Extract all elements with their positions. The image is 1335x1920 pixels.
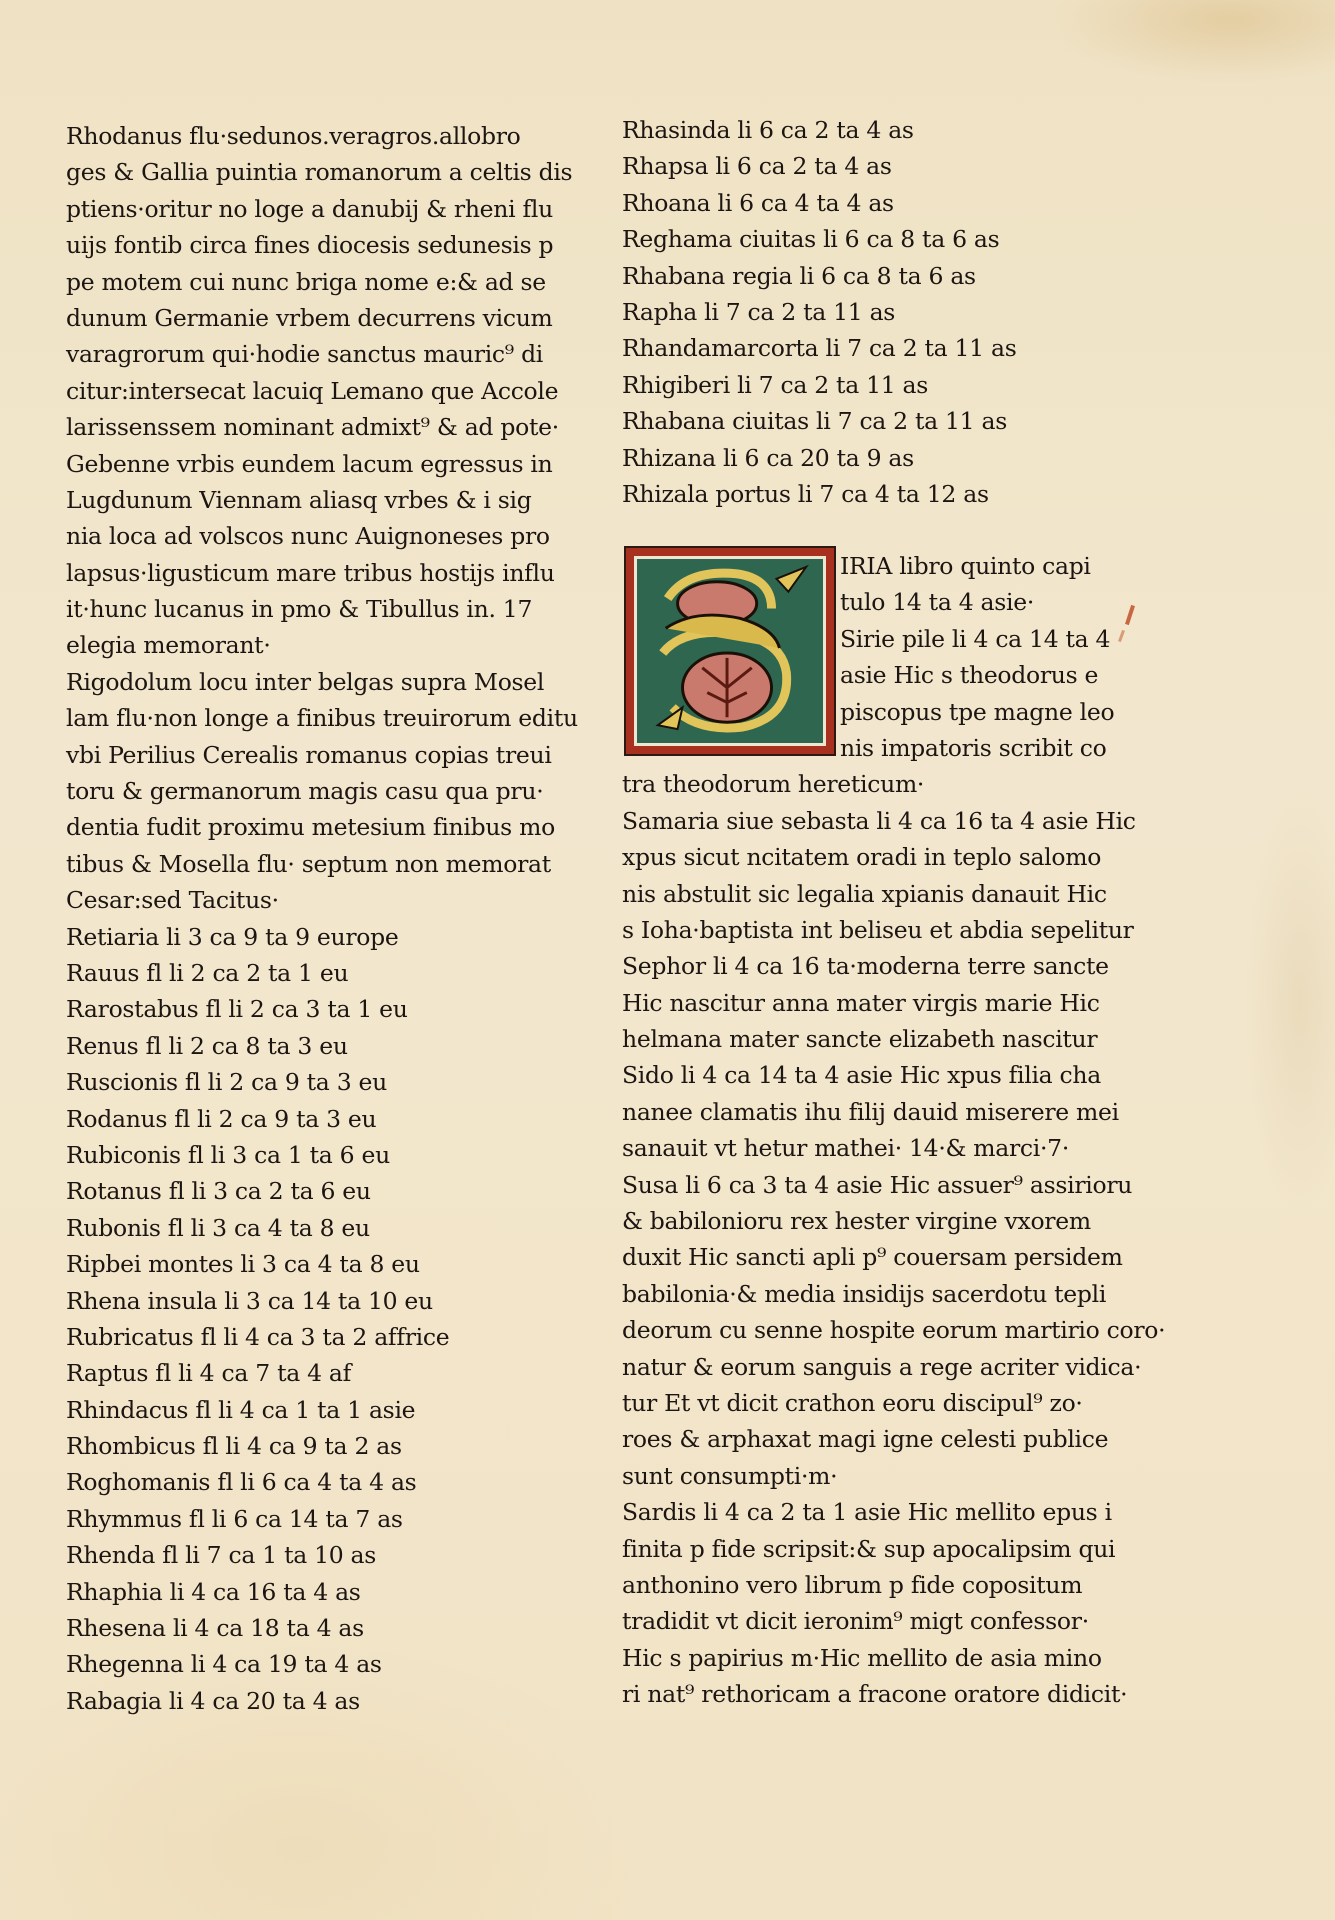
text-line: nanee clamatis ihu filij dauid miserere … <box>622 1094 1112 1130</box>
index-entry: Rabagia li 4 ca 20 ta 4 as <box>66 1683 556 1719</box>
text-line: Lugdunum Viennam aliasq vrbes & i sig <box>66 482 556 518</box>
index-entry: Rotanus fl li 3 ca 2 ta 6 eu <box>66 1173 556 1209</box>
text-line: Susa li 6 ca 3 ta 4 asie Hic assuer⁹ ass… <box>622 1167 1112 1203</box>
index-entry: Rhombicus fl li 4 ca 9 ta 2 as <box>66 1428 556 1464</box>
text-line: babilonia·& media insidijs sacerdotu tep… <box>622 1276 1112 1312</box>
text-line: Rhodanus flu·sedunos.veragros.allobro <box>66 118 556 154</box>
text-line: deorum cu senne hospite eorum martirio c… <box>622 1312 1112 1348</box>
index-entry: Rhasinda li 6 ca 2 ta 4 as <box>622 112 1112 148</box>
index-entry: Ruscionis fl li 2 ca 9 ta 3 eu <box>66 1064 556 1100</box>
index-entry: Rodanus fl li 2 ca 9 ta 3 eu <box>66 1101 556 1137</box>
text-line: Sido li 4 ca 14 ta 4 asie Hic xpus filia… <box>622 1057 1112 1093</box>
text-line: piscopus tpe magne leo <box>622 694 1112 730</box>
text-line: Sardis li 4 ca 2 ta 1 asie Hic mellito e… <box>622 1494 1112 1530</box>
text-line: Hic nascitur anna mater virgis marie Hic <box>622 985 1112 1021</box>
text-line: asie Hic s theodorus e <box>622 657 1112 693</box>
text-line: it·hunc lucanus in pmo & Tibullus in. 17 <box>66 591 556 627</box>
text-line: xpus sicut ncitatem oradi in teplo salom… <box>622 839 1112 875</box>
text-line: IRIA libro quinto capi <box>622 548 1112 584</box>
index-entry: Rhena insula li 3 ca 14 ta 10 eu <box>66 1283 556 1319</box>
index-entry: Rubiconis fl li 3 ca 1 ta 6 eu <box>66 1137 556 1173</box>
text-line: tradidit vt dicit ieronim⁹ migt confesso… <box>622 1603 1112 1639</box>
index-entry: Rhenda fl li 7 ca 1 ta 10 as <box>66 1537 556 1573</box>
text-line: & babilonioru rex hester virgine vxorem <box>622 1203 1112 1239</box>
index-entry: Rhoana li 6 ca 4 ta 4 as <box>622 185 1112 221</box>
text-line: Rigodolum locu inter belgas supra Mosel <box>66 664 556 700</box>
index-entry: Reghama ciuitas li 6 ca 8 ta 6 as <box>622 221 1112 257</box>
text-line: citur:intersecat lacuiq Lemano que Accol… <box>66 373 556 409</box>
right-column-text: IRIA libro quinto capi tulo 14 ta 4 asie… <box>622 548 1112 1713</box>
index-entry: Rhesena li 4 ca 18 ta 4 as <box>66 1610 556 1646</box>
index-entry: Rhapsa li 6 ca 2 ta 4 as <box>622 148 1112 184</box>
text-line: finita p fide scripsit:& sup apocalipsim… <box>622 1531 1112 1567</box>
text-line: sanauit vt hetur mathei· 14·& marci·7· <box>622 1130 1112 1166</box>
text-line: Sirie pile li 4 ca 14 ta 4 <box>622 621 1112 657</box>
index-entry: Rhandamarcorta li 7 ca 2 ta 11 as <box>622 330 1112 366</box>
text-line: dentia fudit proximu metesium finibus mo <box>66 809 556 845</box>
index-entry: Renus fl li 2 ca 8 ta 3 eu <box>66 1028 556 1064</box>
index-entry: Rauus fl li 2 ca 2 ta 1 eu <box>66 955 556 991</box>
text-line: dunum Germanie vrbem decurrens vicum <box>66 300 556 336</box>
text-line: Sephor li 4 ca 16 ta·moderna terre sanct… <box>622 948 1112 984</box>
text-line: pe motem cui nunc briga nome e:& ad se <box>66 264 556 300</box>
text-line: nis impatoris scribit co <box>622 730 1112 766</box>
text-line: Samaria siue sebasta li 4 ca 16 ta 4 asi… <box>622 803 1112 839</box>
text-line: nia loca ad volscos nunc Auignoneses pro <box>66 518 556 554</box>
text-line: sunt consumpti·m· <box>622 1458 1112 1494</box>
index-entry: Roghomanis fl li 6 ca 4 ta 4 as <box>66 1464 556 1500</box>
text-line: uijs fontib circa fines diocesis sedunes… <box>66 227 556 263</box>
text-line: Gebenne vrbis eundem lacum egressus in <box>66 446 556 482</box>
index-entry: Rubonis fl li 3 ca 4 ta 8 eu <box>66 1210 556 1246</box>
text-line: tra theodorum hereticum· <box>622 766 1112 802</box>
index-entry: Rhymmus fl li 6 ca 14 ta 7 as <box>66 1501 556 1537</box>
left-column: Rhodanus flu·sedunos.veragros.allobro ge… <box>66 118 556 1719</box>
text-line: tulo 14 ta 4 asie· <box>622 584 1112 620</box>
index-entry: Rapha li 7 ca 2 ta 11 as <box>622 294 1112 330</box>
text-line: tibus & Mosella flu· septum non memorat <box>66 846 556 882</box>
text-line: Cesar:sed Tacitus· <box>66 882 556 918</box>
index-entry: Rhegenna li 4 ca 19 ta 4 as <box>66 1646 556 1682</box>
index-entry: Ripbei montes li 3 ca 4 ta 8 eu <box>66 1246 556 1282</box>
text-line: tur Et vt dicit crathon eoru discipul⁹ z… <box>622 1385 1112 1421</box>
text-line: ri nat⁹ rethoricam a fracone oratore did… <box>622 1676 1112 1712</box>
text-line: roes & arphaxat magi igne celesti public… <box>622 1421 1112 1457</box>
text-line: larissenssem nominant admixt⁹ & ad pote· <box>66 409 556 445</box>
text-line: elegia memorant· <box>66 627 556 663</box>
index-entry: Rhigiberi li 7 ca 2 ta 11 as <box>622 367 1112 403</box>
text-line: nis abstulit sic legalia xpianis danauit… <box>622 876 1112 912</box>
index-entry: Rarostabus fl li 2 ca 3 ta 1 eu <box>66 991 556 1027</box>
index-entry: Rhaphia li 4 ca 16 ta 4 as <box>66 1574 556 1610</box>
text-line: duxit Hic sancti apli p⁹ couersam persid… <box>622 1239 1112 1275</box>
text-line: lapsus·ligusticum mare tribus hostijs in… <box>66 555 556 591</box>
text-line: s Ioha·baptista int beliseu et abdia sep… <box>622 912 1112 948</box>
index-entry: Retiaria li 3 ca 9 ta 9 europe <box>66 919 556 955</box>
index-entry: Rhabana regia li 6 ca 8 ta 6 as <box>622 258 1112 294</box>
index-entry: Rhabana ciuitas li 7 ca 2 ta 11 as <box>622 403 1112 439</box>
text-line: varagrorum qui·hodie sanctus mauric⁹ di <box>66 336 556 372</box>
text-line: helmana mater sancte elizabeth nascitur <box>622 1021 1112 1057</box>
text-line: Hic s papirius m·Hic mellito de asia min… <box>622 1640 1112 1676</box>
text-line: toru & germanorum magis casu qua pru· <box>66 773 556 809</box>
index-entry: Rhizala portus li 7 ca 4 ta 12 as <box>622 476 1112 512</box>
text-line: natur & eorum sanguis a rege acriter vid… <box>622 1349 1112 1385</box>
index-entry: Raptus fl li 4 ca 7 ta 4 af <box>66 1355 556 1391</box>
index-entry: Rubricatus fl li 4 ca 3 ta 2 affrice <box>66 1319 556 1355</box>
text-line: ptiens·oritur no loge a danubij & rheni … <box>66 191 556 227</box>
right-column-index: Rhasinda li 6 ca 2 ta 4 as Rhapsa li 6 c… <box>622 112 1112 512</box>
text-line: vbi Perilius Cerealis romanus copias tre… <box>66 737 556 773</box>
text-line: lam flu·non longe a finibus treuirorum e… <box>66 700 556 736</box>
index-entry: Rhizana li 6 ca 20 ta 9 as <box>622 440 1112 476</box>
text-line: ges & Gallia puintia romanorum a celtis … <box>66 154 556 190</box>
text-line: anthonino vero librum p fide copositum <box>622 1567 1112 1603</box>
index-entry: Rhindacus fl li 4 ca 1 ta 1 asie <box>66 1392 556 1428</box>
